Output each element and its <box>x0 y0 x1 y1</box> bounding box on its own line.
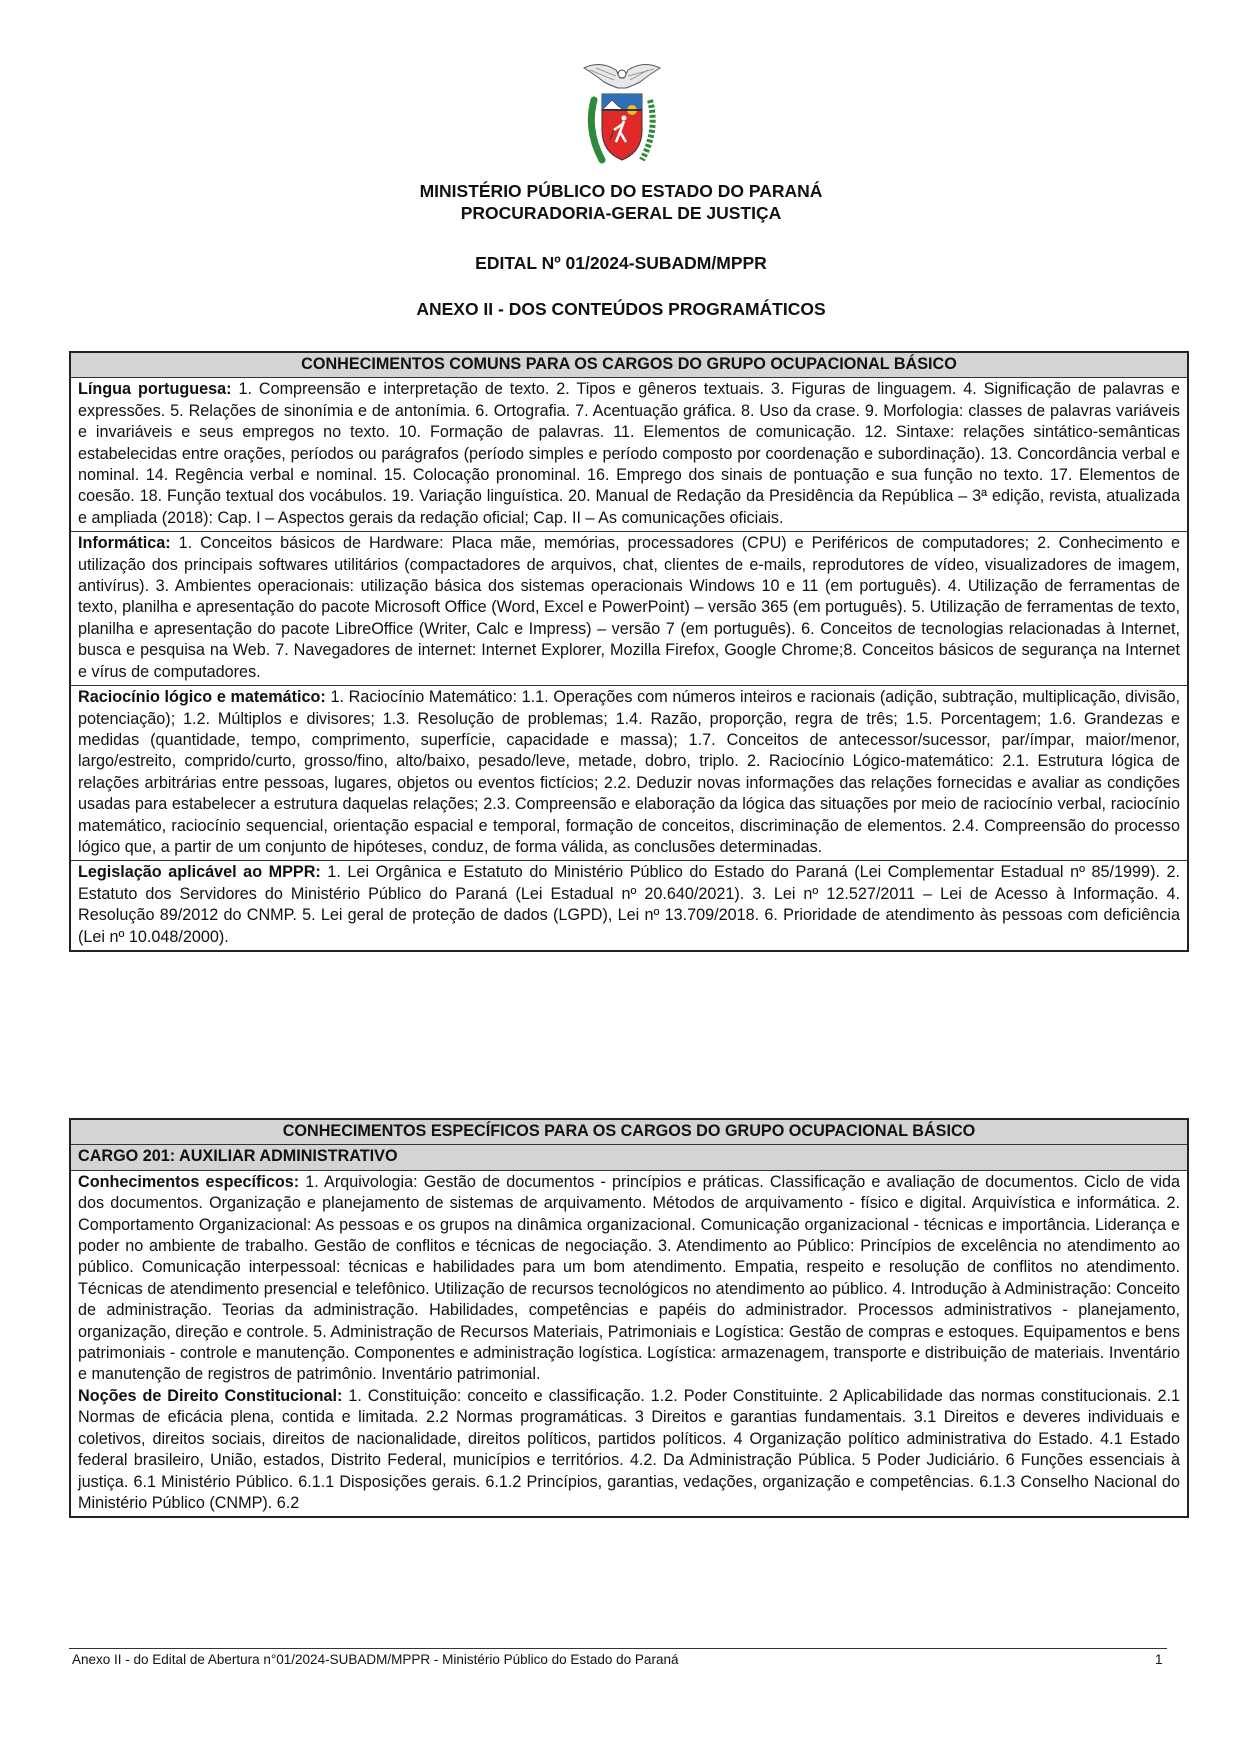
parana-coat-of-arms-icon <box>580 60 664 170</box>
common-knowledge-table: CONHECIMENTOS COMUNS PARA OS CARGOS DO G… <box>69 351 1189 952</box>
common-knowledge-header: CONHECIMENTOS COMUNS PARA OS CARGOS DO G… <box>70 352 1188 378</box>
annex-title: ANEXO II - DOS CONTEÚDOS PROGRAMÁTICOS <box>0 298 1242 320</box>
institution-subtitle: PROCURADORIA-GERAL DE JUSTIÇA <box>0 202 1242 224</box>
specific-knowledge-table: CONHECIMENTOS ESPECÍFICOS PARA OS CARGOS… <box>69 1118 1189 1518</box>
subject-content: 1. Conceitos básicos de Hardware: Placa … <box>78 534 1180 680</box>
cargo-content: Conhecimentos específicos: 1. Arquivolog… <box>70 1170 1188 1517</box>
cargo-title: CARGO 201: AUXILIAR ADMINISTRATIVO <box>70 1145 1188 1170</box>
subject-informatics: Informática: 1. Conceitos básicos de Har… <box>70 532 1188 686</box>
table-row: Legislação aplicável ao MPPR: 1. Lei Org… <box>70 861 1188 951</box>
table-row: Conhecimentos específicos: 1. Arquivolog… <box>70 1170 1188 1517</box>
subject-label: Legislação aplicável ao MPPR: <box>78 863 321 881</box>
subject-label: Língua portuguesa: <box>78 380 232 398</box>
table-row: Informática: 1. Conceitos básicos de Har… <box>70 532 1188 686</box>
edital-number: EDITAL Nº 01/2024-SUBADM/MPPR <box>0 252 1242 274</box>
subject-label: Raciocínio lógico e matemático: <box>78 688 326 706</box>
specific-knowledge-header: CONHECIMENTOS ESPECÍFICOS PARA OS CARGOS… <box>70 1119 1188 1145</box>
section-label: Noções de Direito Constitucional: <box>78 1387 342 1405</box>
footer-divider <box>69 1648 1167 1649</box>
footer-text: Anexo II - do Edital de Abertura n°01/20… <box>72 1652 678 1667</box>
subject-portuguese: Língua portuguesa: 1. Compreensão e inte… <box>70 378 1188 532</box>
subject-content: 1. Raciocínio Matemático: 1.1. Operações… <box>78 688 1180 856</box>
section-content: 1. Arquivologia: Gestão de documentos - … <box>78 1173 1180 1384</box>
institution-title: MINISTÉRIO PÚBLICO DO ESTADO DO PARANÁ <box>0 180 1242 202</box>
section-label: Conhecimentos específicos: <box>78 1173 299 1191</box>
subject-content: 1. Compreensão e interpretação de texto.… <box>78 380 1180 526</box>
subject-logic-math: Raciocínio lógico e matemático: 1. Racio… <box>70 686 1188 861</box>
table-row: Língua portuguesa: 1. Compreensão e inte… <box>70 378 1188 532</box>
page-number: 1 <box>1155 1652 1163 1667</box>
subject-label: Informática: <box>78 534 171 552</box>
section-content: 1. Constituição: conceito e classificaçã… <box>78 1387 1180 1512</box>
subject-legislation: Legislação aplicável ao MPPR: 1. Lei Org… <box>70 861 1188 951</box>
table-row: Raciocínio lógico e matemático: 1. Racio… <box>70 686 1188 861</box>
